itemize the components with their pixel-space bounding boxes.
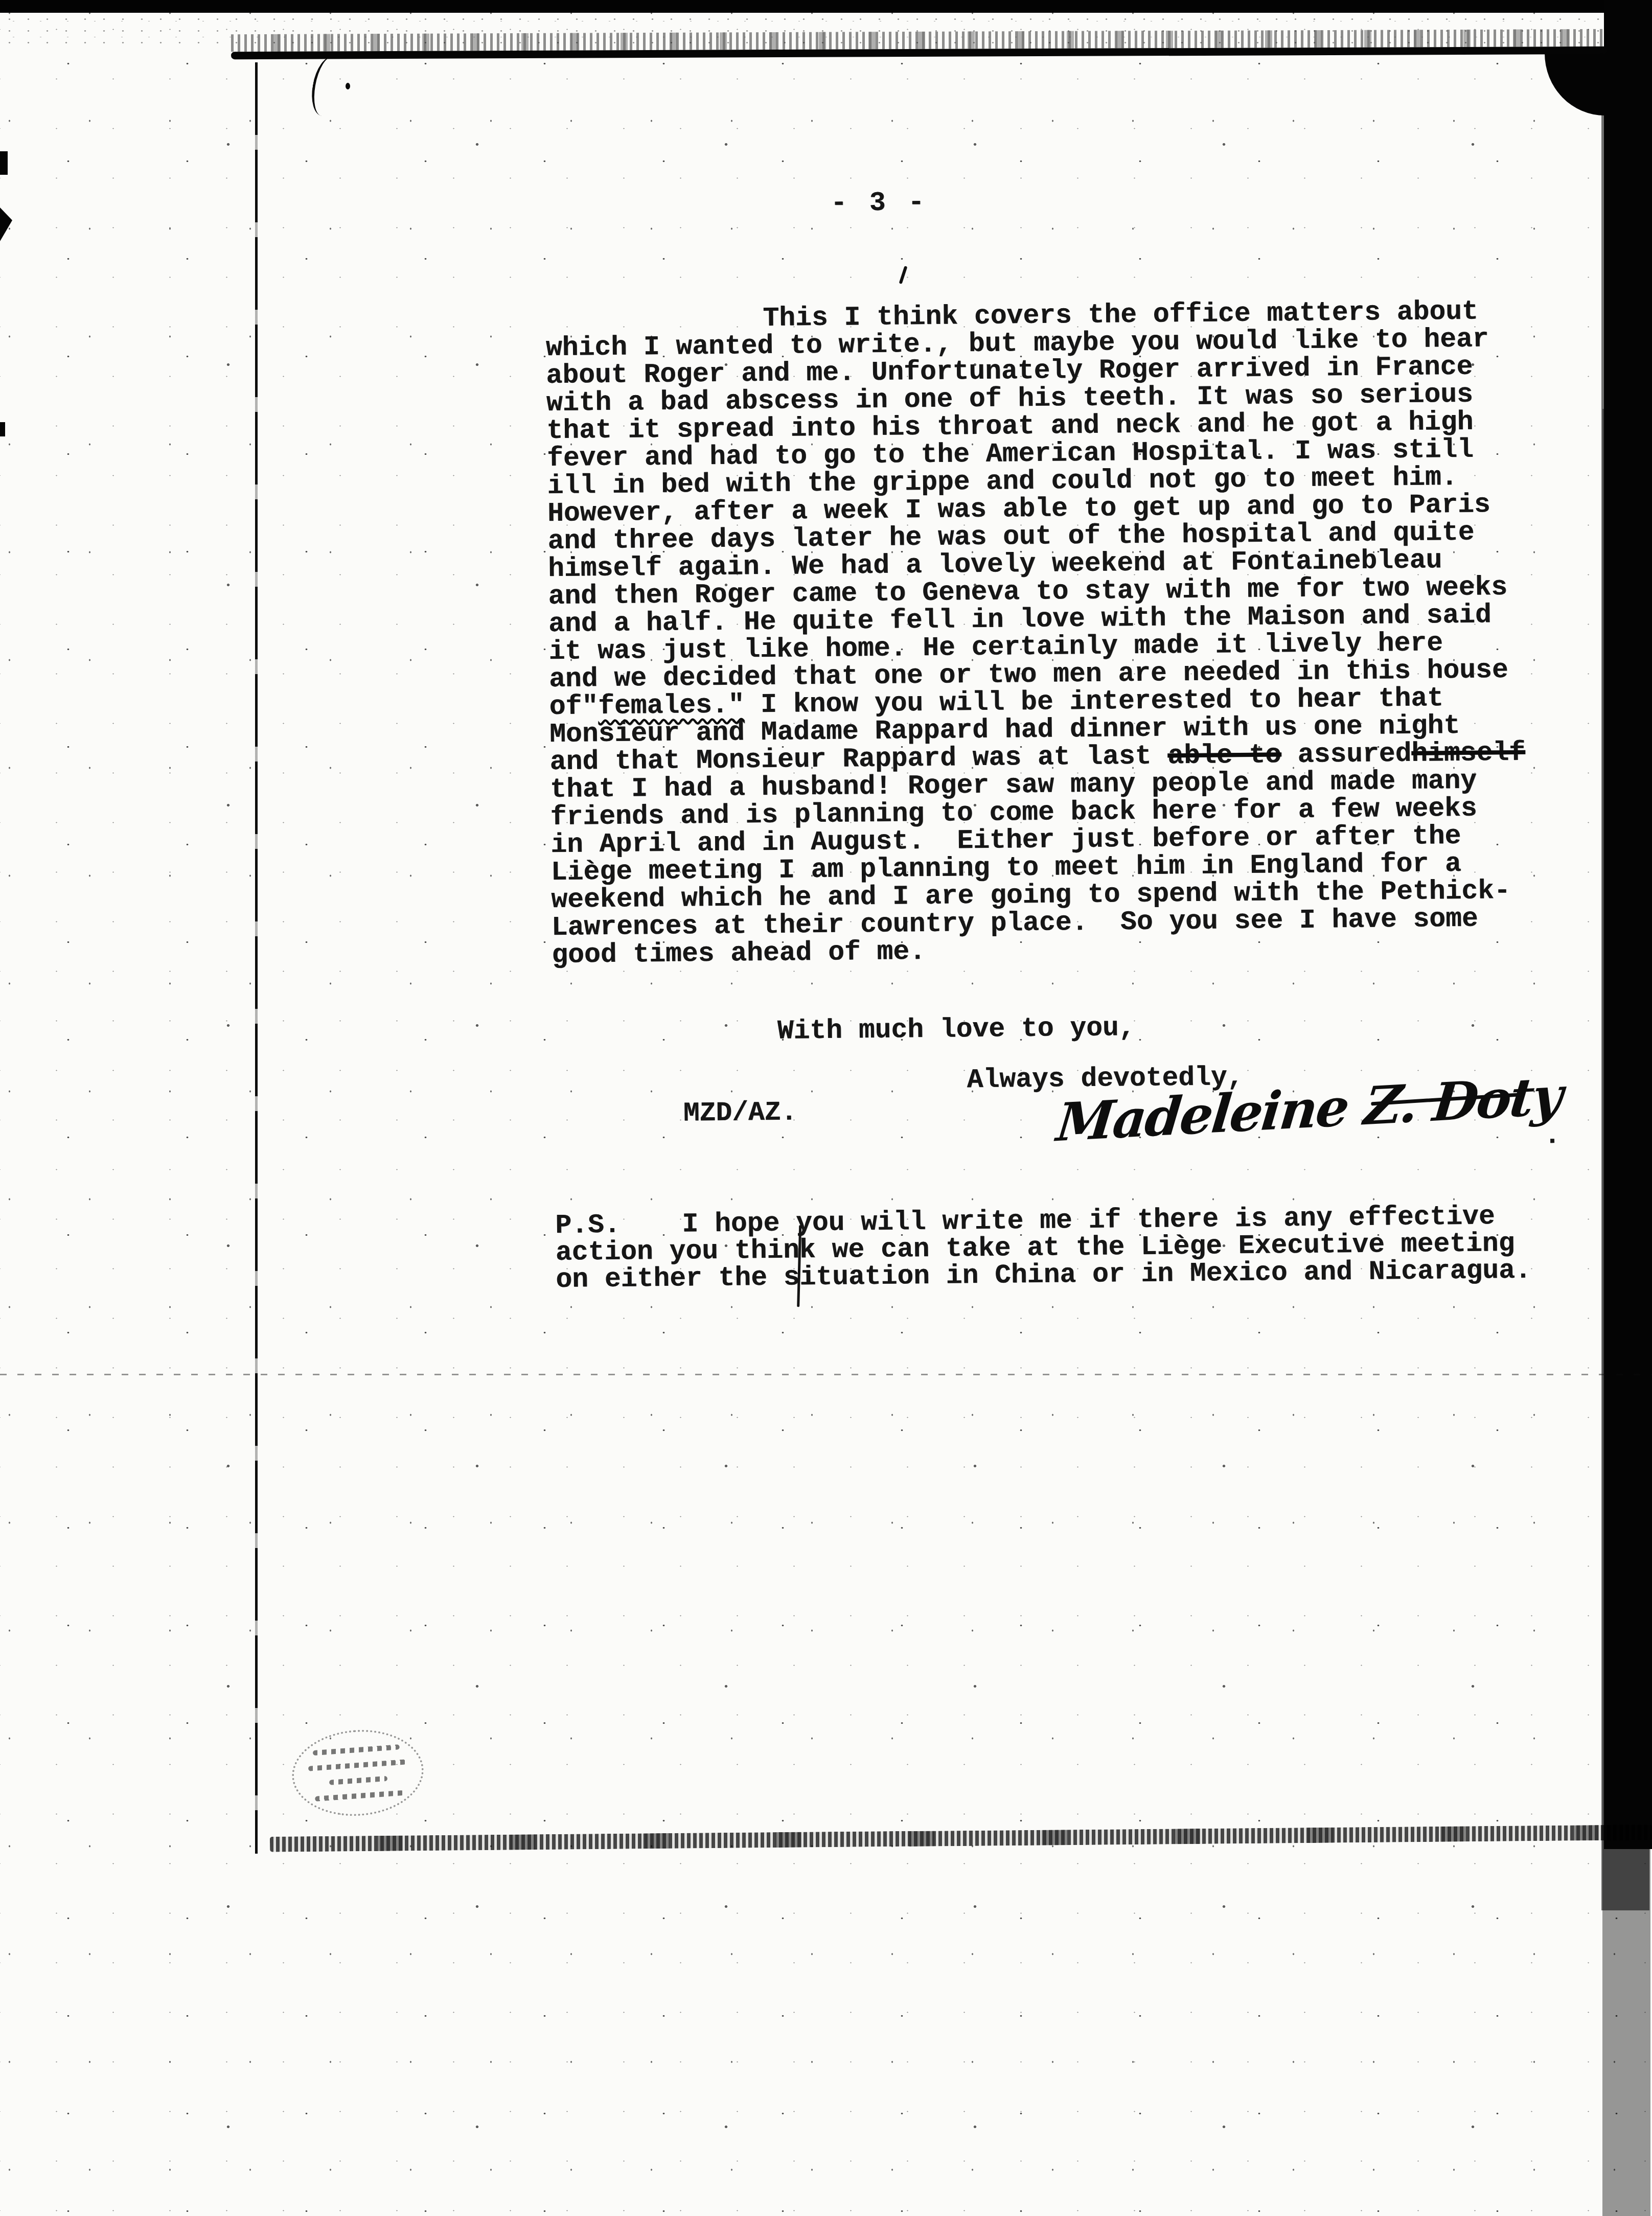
closing-line: With much love to you, — [553, 1010, 1528, 1047]
stamp-illegible-row — [315, 1790, 404, 1802]
pen-squiggle-mark — [308, 54, 347, 119]
typist-reference: MZD/AZ. — [683, 1097, 797, 1128]
line-strike-mid: assured — [1281, 738, 1412, 770]
line-females-pre: of" — [549, 691, 598, 722]
underlined-word: females." — [598, 689, 745, 722]
stamp-illegible-row — [308, 1759, 406, 1771]
page-number: - 3 - — [831, 189, 928, 217]
scan-right-border — [1604, 0, 1652, 1849]
paragraph-lines: that I had a husband! Roger saw many peo… — [550, 767, 1527, 969]
letter-body: This I think covers the office matters a… — [545, 297, 1529, 1184]
paragraph-lines: which I wanted to write., but maybe you … — [546, 325, 1525, 693]
left-edge-ink-blob — [0, 207, 12, 241]
letter-line: on either the situation in China or in M… — [556, 1257, 1531, 1294]
signature-period: . — [1544, 1122, 1561, 1149]
left-edge-ink-blob — [0, 422, 5, 436]
postscript-lines: action you think we can take at the Lièg… — [556, 1230, 1531, 1294]
page-corner-shadow — [1545, 50, 1608, 116]
postscript-label: P.S. — [555, 1211, 682, 1239]
struck-word: himself — [1411, 737, 1525, 769]
postscript: P.S.I hope you will write me if there is… — [555, 1203, 1531, 1294]
faded-stamp — [289, 1725, 426, 1820]
page-bottom-edge — [270, 1825, 1652, 1852]
page-top-edge — [231, 29, 1607, 59]
scanned-letter-page: - 3 - This I think covers the office mat… — [0, 0, 1652, 2216]
left-edge-ink-blob — [0, 151, 8, 175]
fold-line — [0, 1374, 1652, 1375]
letter-content: - 3 - This I think covers the office mat… — [544, 183, 1526, 192]
scan-top-border — [0, 0, 1652, 13]
stray-pen-mark — [899, 266, 908, 284]
page-left-edge — [255, 62, 258, 1854]
struck-word: able to — [1167, 740, 1281, 771]
stamp-illegible-row — [329, 1776, 387, 1785]
ink-dot — [346, 83, 350, 89]
stamp-illegible-row — [313, 1744, 400, 1756]
